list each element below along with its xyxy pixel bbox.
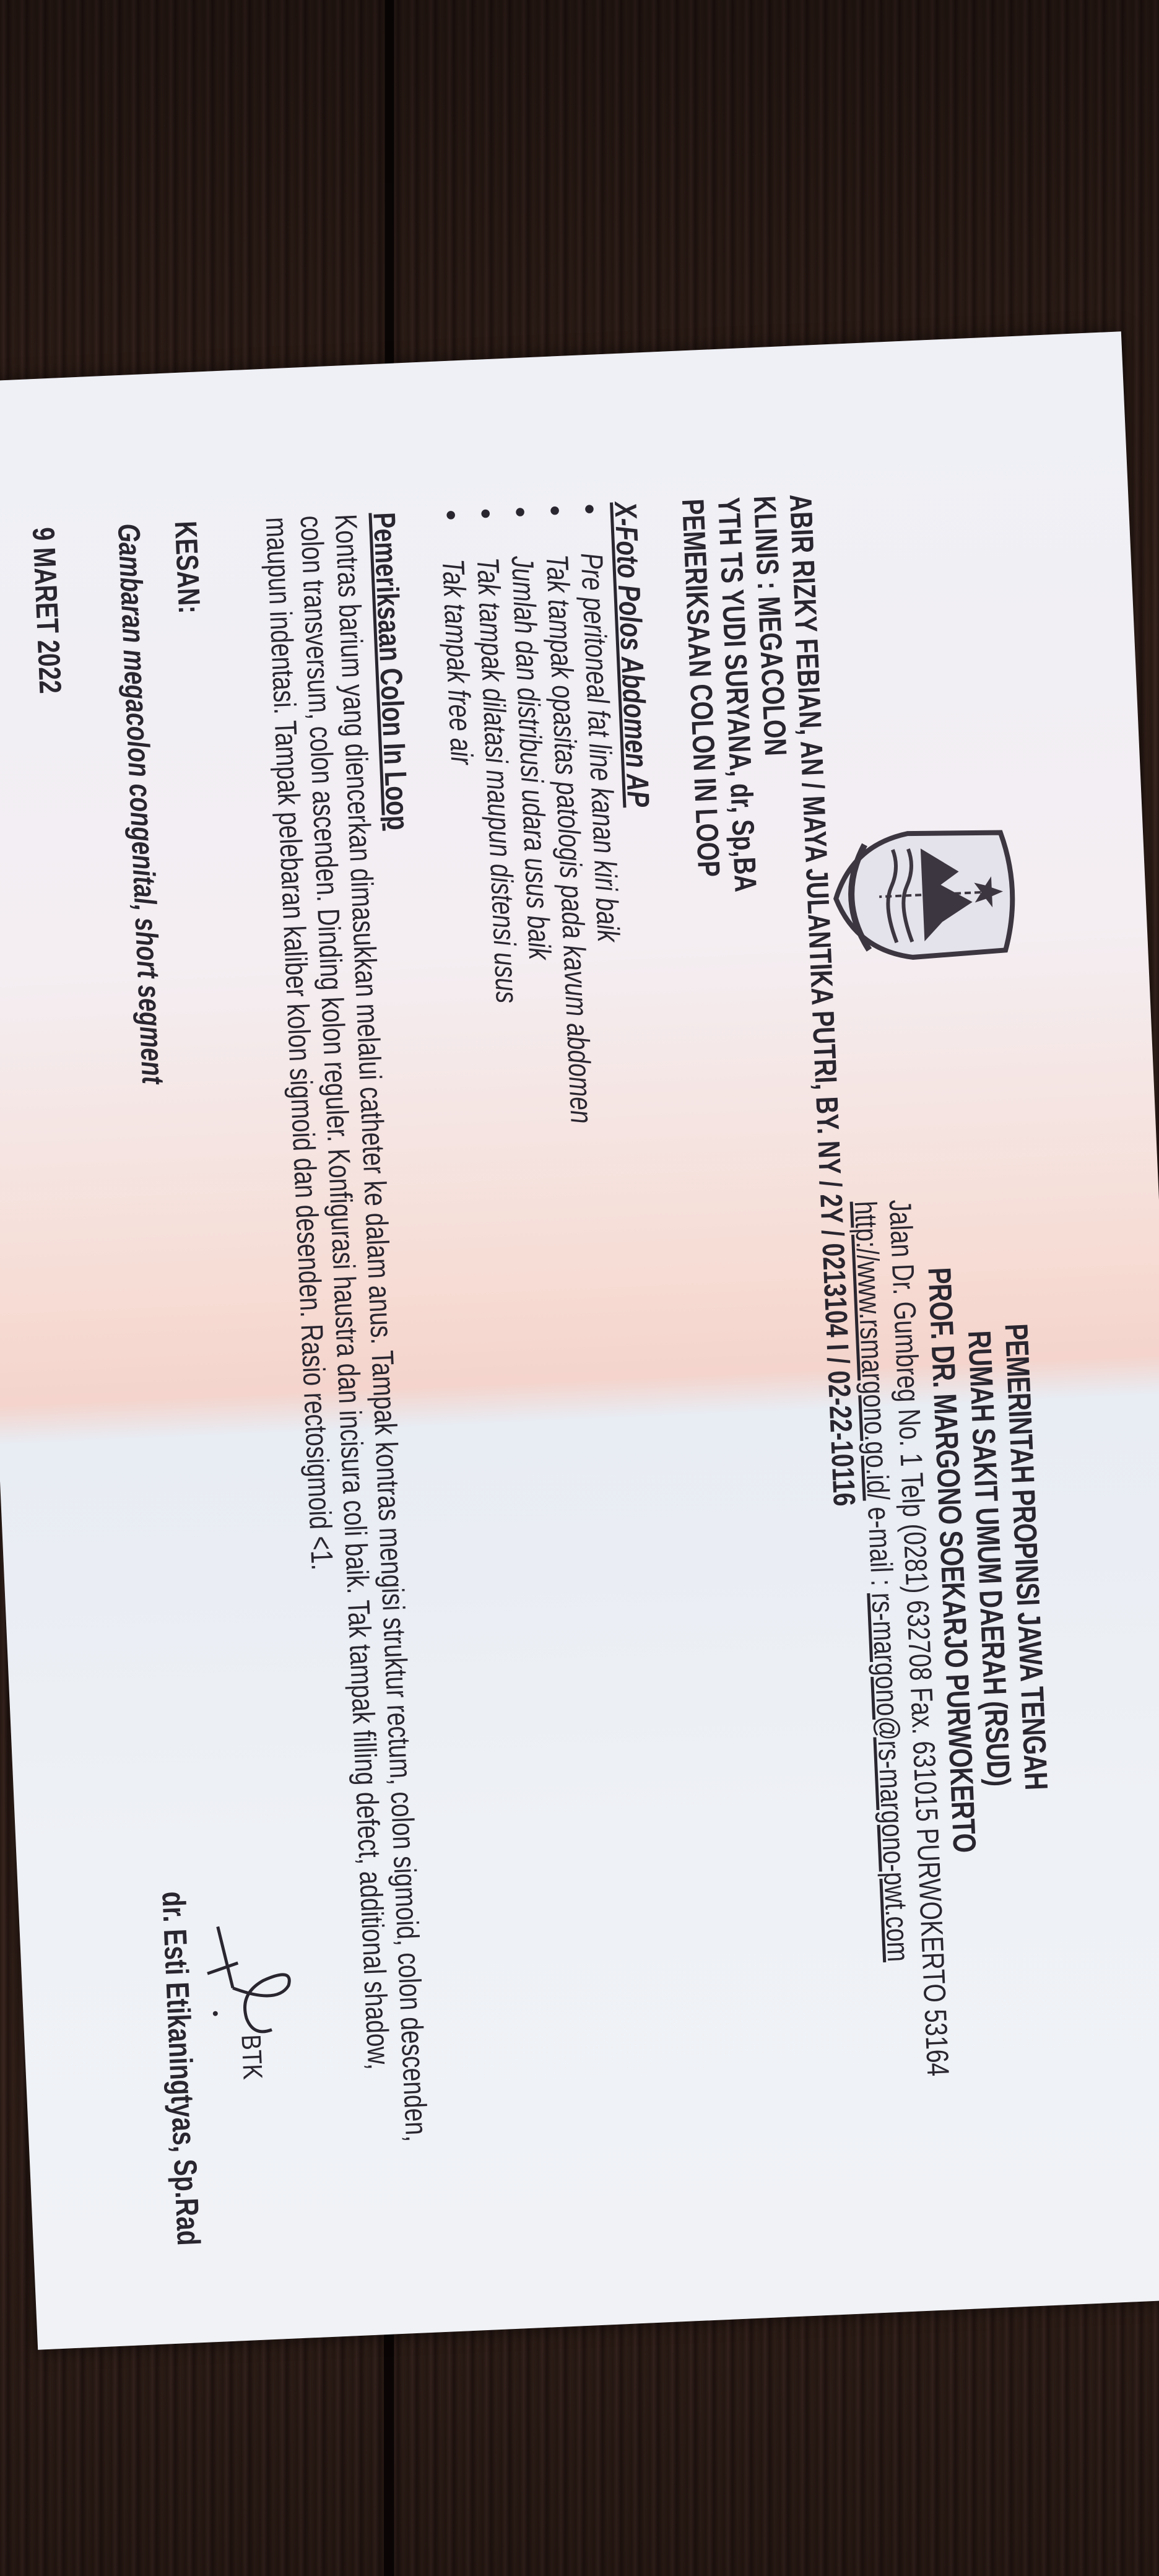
bullet-icon: • xyxy=(503,506,538,518)
letterhead: PEMERINTAH PROPINSI JAWA TENGAH RUMAH SA… xyxy=(1043,657,1102,2018)
radiologist-name: dr. Esti Etikaningtyas, Sp.Rad xyxy=(154,1891,207,2247)
report-date: 9 MARET 2022 xyxy=(25,526,120,1879)
bullet-icon: • xyxy=(433,509,469,521)
jawa-tengah-emblem-icon xyxy=(827,820,1018,970)
signature-block: BTK dr. Esti Etikaningtyas, Sp.Rad xyxy=(111,1886,315,2327)
bullet-icon: • xyxy=(468,507,503,520)
email-label: e-mail : xyxy=(861,1506,900,1586)
signature-mark: BTK xyxy=(235,2034,267,2081)
bullet-icon: • xyxy=(572,503,607,515)
bullet-icon: • xyxy=(537,504,573,516)
radiology-report-paper: PEMERINTAH PROPINSI JAWA TENGAH RUMAH SA… xyxy=(0,331,1159,2349)
